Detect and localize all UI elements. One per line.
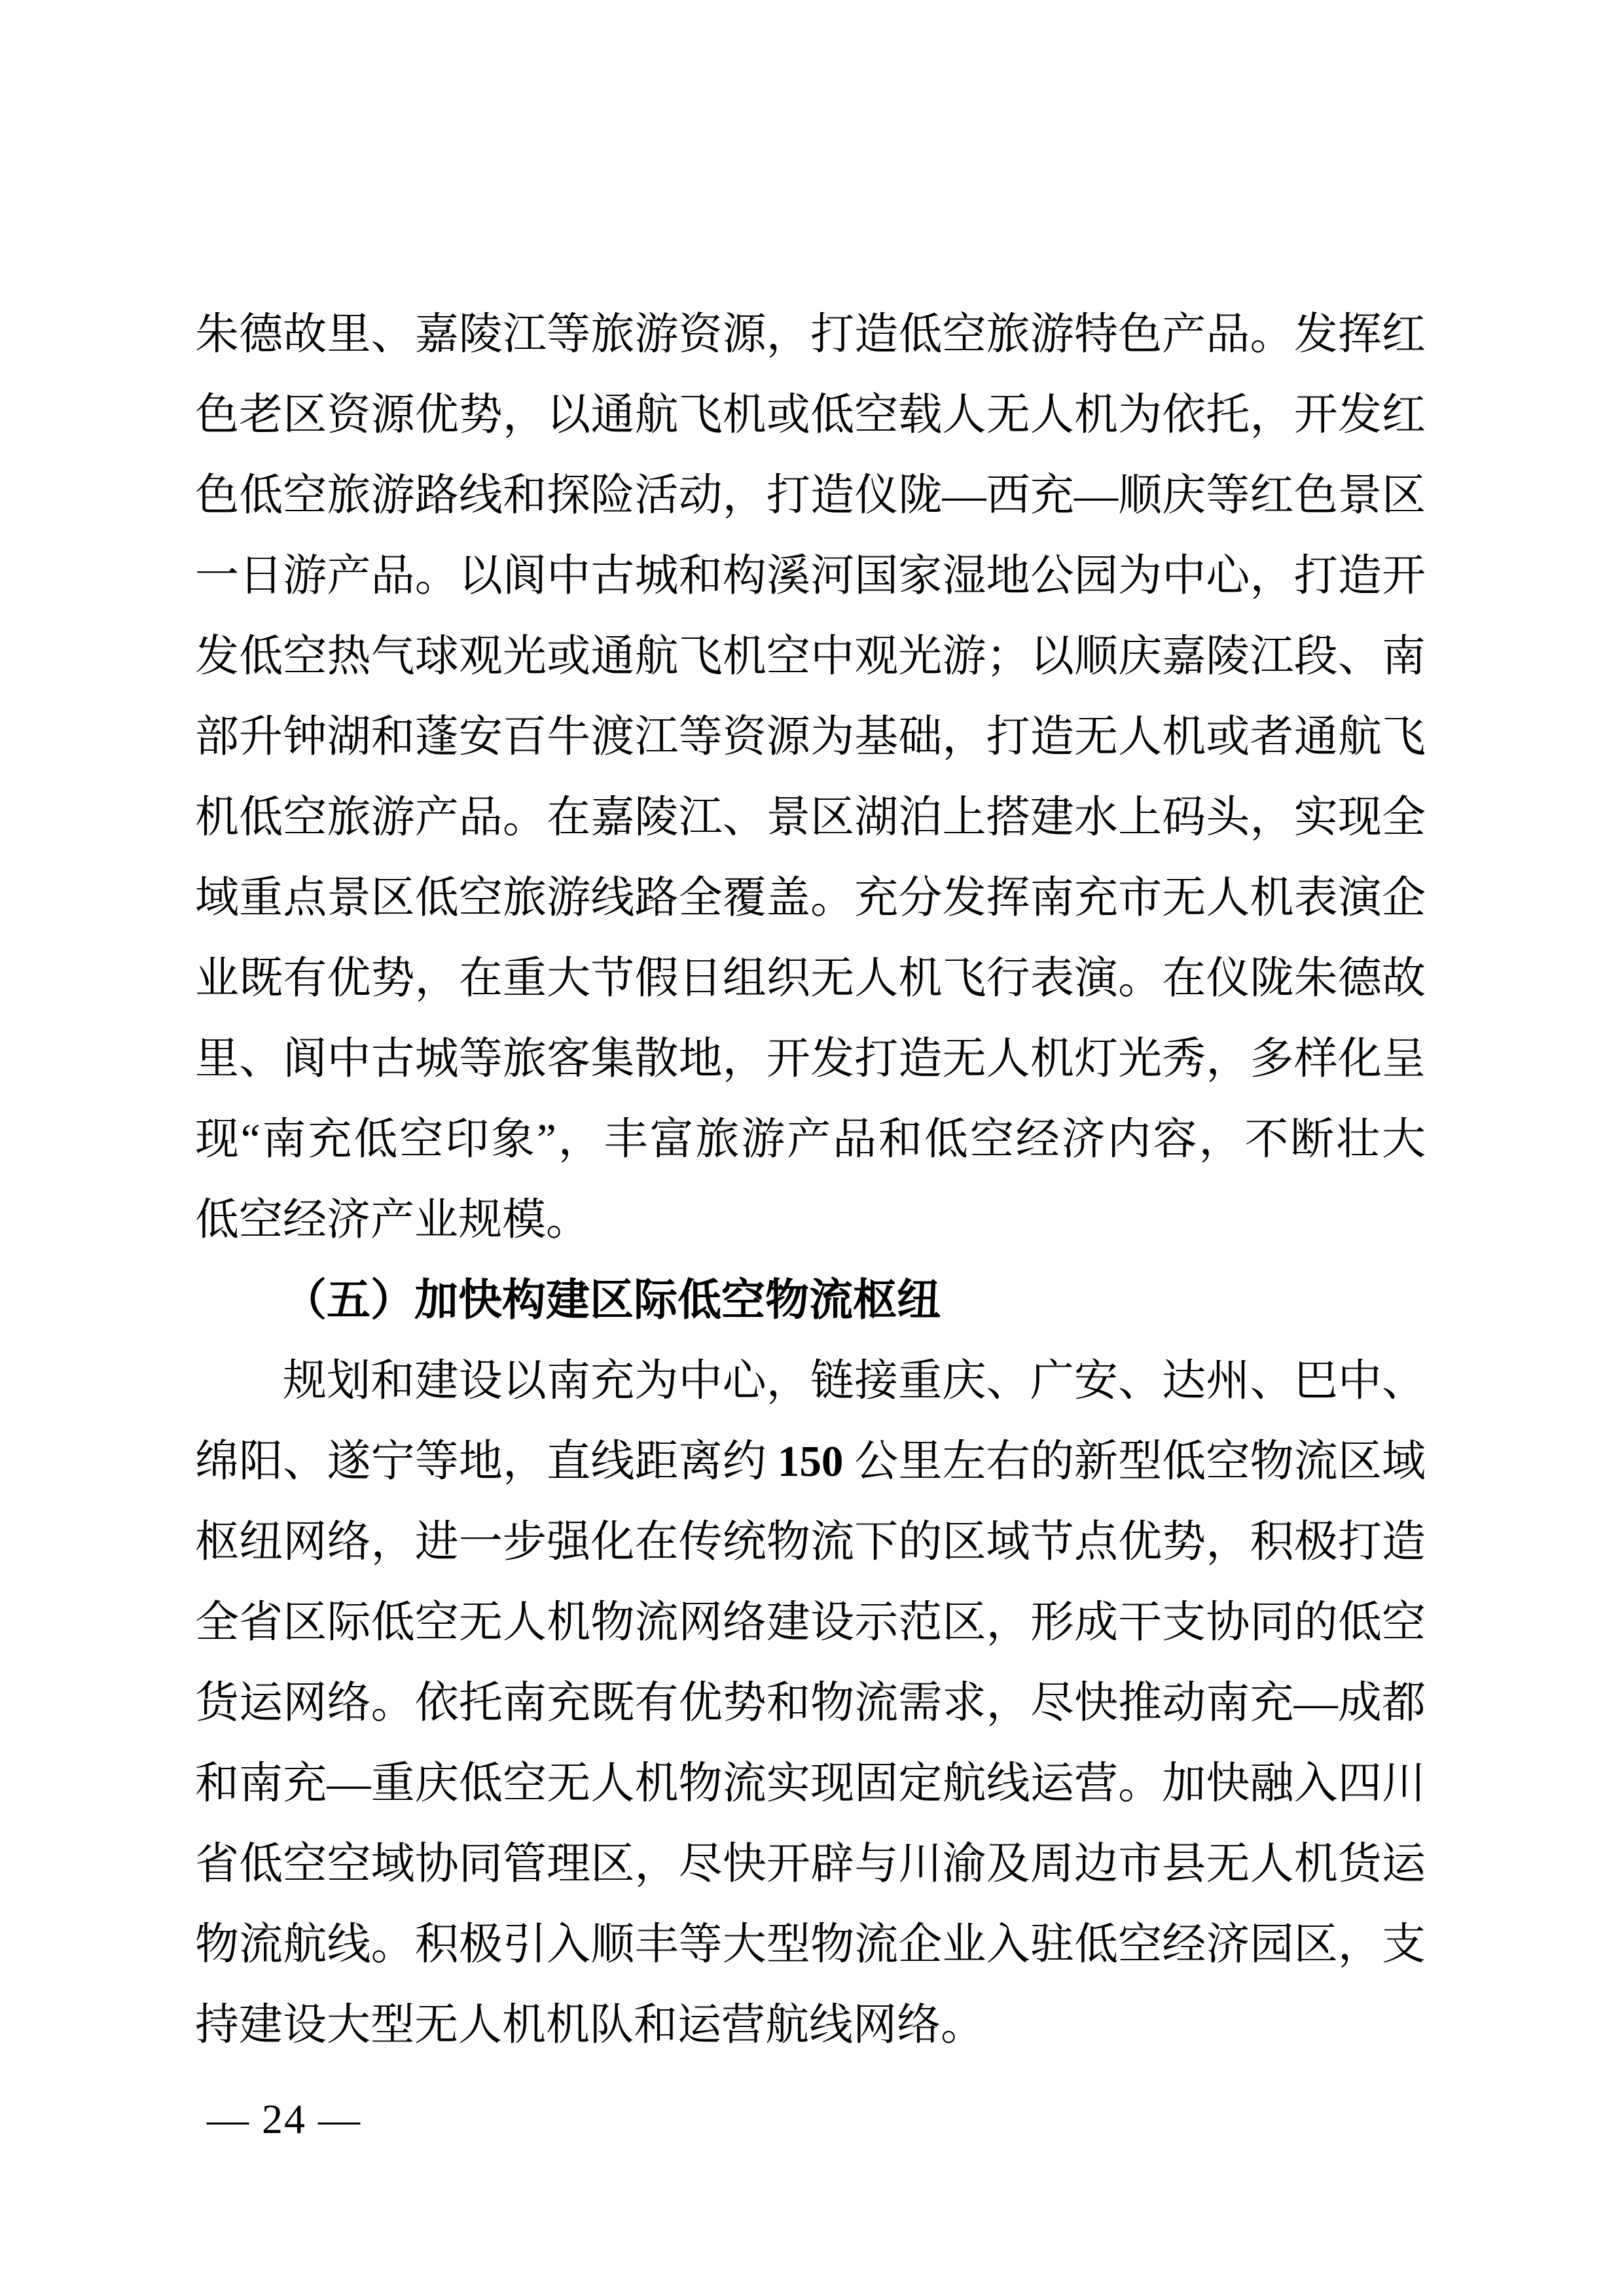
text-line: 绵阳、遂宁等地，直线距离约 150 公里左右的新型低空物流区域 (195, 1422, 1426, 1502)
text-line: 业既有优势，在重大节假日组织无人机飞行表演。在仪陇朱德故 (195, 939, 1426, 1019)
text-line: 一日游产品。以阆中古城和构溪河国家湿地公园为中心，打造开 (195, 536, 1426, 617)
text-line: 里、阆中古城等旅客集散地，开发打造无人机灯光秀，多样化呈 (195, 1019, 1426, 1100)
text-line: 货运网络。依托南充既有优势和物流需求，尽快推动南充—成都 (195, 1663, 1426, 1744)
text-line: 域重点景区低空旅游线路全覆盖。充分发挥南充市无人机表演企 (195, 858, 1426, 939)
page-footer: — 24 — (207, 2093, 361, 2145)
distance-number: 150 (778, 1437, 844, 1486)
text-line: 色老区资源优势，以通航飞机或低空载人无人机为依托，开发红 (195, 375, 1426, 456)
text-segment: 绵阳、遂宁等地，直线距离约 (195, 1437, 778, 1486)
text-line: 枢纽网络，进一步强化在传统物流下的区域节点优势，积极打造 (195, 1502, 1426, 1583)
text-line: 省低空空域协同管理区，尽快开辟与川渝及周边市县无人机货运 (195, 1824, 1426, 1905)
body-text: 朱德故里、嘉陵江等旅游资源，打造低空旅游特色产品。发挥红 色老区资源优势，以通航… (195, 295, 1426, 2066)
text-line: 朱德故里、嘉陵江等旅游资源，打造低空旅游特色产品。发挥红 (195, 295, 1426, 375)
text-line: 持建设大型无人机机队和运营航线网络。 (195, 1985, 1426, 2066)
text-line: 机低空旅游产品。在嘉陵江、景区湖泊上搭建水上码头，实现全 (195, 778, 1426, 858)
text-line: 全省区际低空无人机物流网络建设示范区，形成干支协同的低空 (195, 1583, 1426, 1663)
text-line: 规划和建设以南充为中心，链接重庆、广安、达州、巴中、 (195, 1341, 1426, 1422)
text-line: 现“南充低空印象”，丰富旅游产品和低空经济内容，不断壮大 (195, 1100, 1426, 1180)
text-line: 发低空热气球观光或通航飞机空中观光游；以顺庆嘉陵江段、南 (195, 617, 1426, 697)
text-line: 和南充—重庆低空无人机物流实现固定航线运营。加快融入四川 (195, 1744, 1426, 1824)
text-line: 部升钟湖和蓬安百牛渡江等资源为基础，打造无人机或者通航飞 (195, 697, 1426, 778)
page-number: — 24 — (207, 2096, 361, 2142)
document-page: 朱德故里、嘉陵江等旅游资源，打造低空旅游特色产品。发挥红 色老区资源优势，以通航… (0, 0, 1624, 2296)
text-line: 色低空旅游路线和探险活动，打造仪陇—西充—顺庆等红色景区 (195, 456, 1426, 536)
text-line: 物流航线。积极引入顺丰等大型物流企业入驻低空经济园区，支 (195, 1905, 1426, 1985)
text-segment: 公里左右的新型低空物流区域 (843, 1437, 1426, 1486)
section-heading: （五）加快构建区际低空物流枢纽 (195, 1261, 1426, 1341)
text-line: 低空经济产业规模。 (195, 1180, 1426, 1261)
